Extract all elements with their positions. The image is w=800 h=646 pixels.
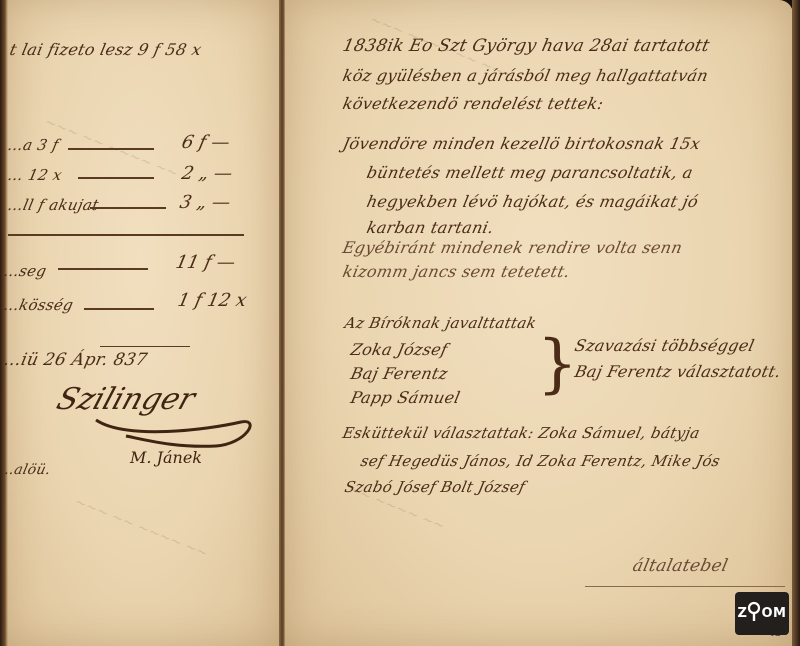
minutes-line: Jövendöre minden kezellö birtokosnak 15x xyxy=(341,134,702,153)
signature-flourish xyxy=(86,400,256,450)
ledger-row-amount: 6 f — xyxy=(180,132,232,153)
ledger-row-label: …seg xyxy=(2,262,48,280)
minutes-line: 1838ik Eo Szt György hava 28ai tartatott xyxy=(341,36,712,56)
ledger-row-amount: 1 f 12 x xyxy=(176,290,249,311)
election-heading: Az Bíróknak javalttattak xyxy=(343,314,538,332)
ledger-leader-line xyxy=(68,148,154,150)
ledger-leader-line xyxy=(78,177,154,179)
assessors-line: Esküttekül választattak: Zoka Sámuel, bá… xyxy=(341,424,702,442)
right-page: ~~~ ~~~~ ~~ ~~~ ~~ ~~~~ ~~ 1838ik Eo Szt… xyxy=(284,0,793,646)
ledger-row-label: …a 3 f xyxy=(6,136,60,154)
minutes-line: Egyébiránt mindenek rendire volta senn xyxy=(341,238,684,257)
signature-subscript: M. Jánek xyxy=(130,448,202,467)
ledger-row-label: …kösség xyxy=(2,296,75,314)
zoom-label-end: OM xyxy=(761,606,786,621)
minutes-line: kizomm jancs sem tetetett. xyxy=(341,262,572,281)
ledger-row-label: …ll f akujat xyxy=(6,196,100,214)
magnifier-icon xyxy=(747,601,761,627)
minutes-line: karban tartani. xyxy=(365,218,496,237)
bleed-through-text: ~~~ ~~ ~~~~ ~~ xyxy=(72,494,210,562)
ledger-leader-line xyxy=(90,207,166,209)
ledger-row-amount: 11 f — xyxy=(174,252,237,273)
book-edge xyxy=(792,0,800,646)
left-page: ~~~ ~~ ~~~~ ~~ ~~~ ~~ ~~~~ ~~ t lai fize… xyxy=(0,0,281,646)
closing-signature: általatebel xyxy=(631,556,730,576)
minutes-line: hegyekben lévö hajókat, és magáikat jó xyxy=(365,192,700,211)
ledger-leader-line xyxy=(58,268,148,270)
ledger-row-label: … 12 x xyxy=(6,166,64,184)
ledger-total-rule xyxy=(8,234,244,236)
election-result-line: Baj Ferentz választatott. xyxy=(573,362,783,381)
date-underline xyxy=(100,346,190,347)
zoom-label-start: Z xyxy=(738,606,748,621)
closing-underline xyxy=(585,586,785,587)
candidate-name: Papp Sámuel xyxy=(349,388,462,407)
date-line: …iü 26 Ápr. 837 xyxy=(2,350,149,370)
footer-fragment: …alöü. xyxy=(0,462,52,478)
minutes-line: büntetés mellett meg parancsoltatik, a xyxy=(365,163,695,182)
left-header-line: t lai fizeto lesz 9 f 58 x xyxy=(8,40,203,59)
minutes-line: köz gyülésben a járásból meg hallgattatv… xyxy=(341,66,710,85)
election-result-line: Szavazási többséggel xyxy=(573,336,756,355)
ledger-row-amount: 2 „ — xyxy=(180,163,235,184)
zoom-watermark-badge[interactable]: Z OM xyxy=(735,592,789,635)
candidate-name: Baj Ferentz xyxy=(349,364,450,383)
assessors-line: sef Hegedüs János, Id Zoka Ferentz, Mike… xyxy=(359,452,722,470)
candidate-name: Zoka József xyxy=(349,340,449,359)
assessors-line: Szabó Jósef Bolt József xyxy=(343,478,527,496)
ledger-leader-line xyxy=(84,308,154,310)
book-spread: ~~~ ~~ ~~~~ ~~ ~~~ ~~ ~~~~ ~~ t lai fize… xyxy=(0,0,800,646)
curly-brace: } xyxy=(537,332,578,396)
ledger-row-amount: 3 „ — xyxy=(178,192,233,213)
minutes-line: következendö rendelést tettek: xyxy=(341,94,605,113)
